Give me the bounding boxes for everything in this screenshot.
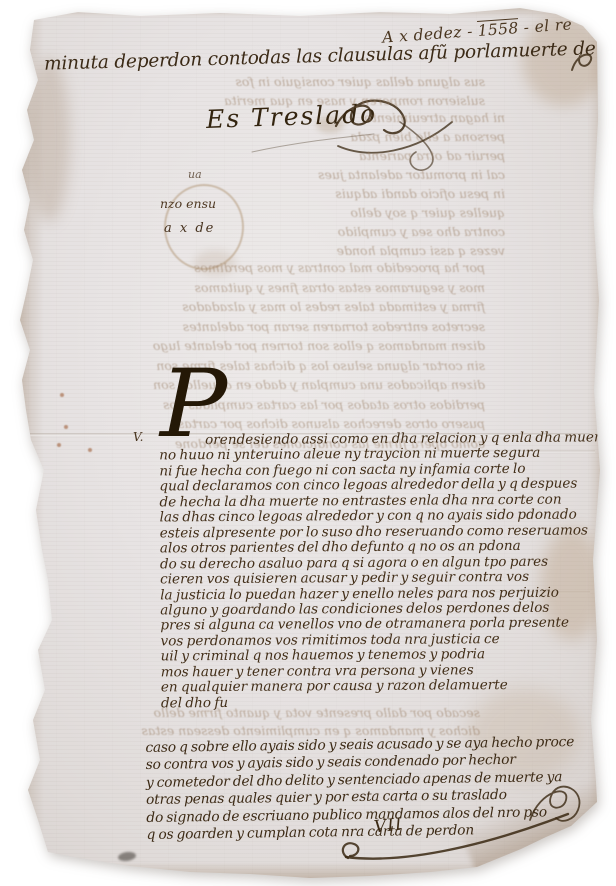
bleedthrough-line: mos y seguramos estas otras fines y quit… [150, 278, 485, 298]
bleedthrough-line: quelles quier q soy dello [330, 203, 505, 222]
signature-flourish-icon [330, 800, 580, 870]
manuscript-line: del dho fu [161, 693, 571, 711]
date-annotation-post: - el re [523, 15, 573, 36]
bleedthrough-line: sus alguna dellas quier consiguio in fos [225, 72, 485, 91]
foxing-spot [64, 425, 68, 429]
paper-shadow-wrap: A x dedez - 1558 - el re minuta deperdon… [0, 0, 616, 886]
bleedthrough-line: persona a ello bien pzda [330, 127, 505, 146]
photo-background: A x dedez - 1558 - el re minuta deperdon… [0, 0, 616, 886]
faded-text-fragment: nzo ensu [160, 196, 216, 211]
faded-text-fragment: a x de [164, 221, 215, 236]
foxing-spot [88, 448, 92, 452]
faded-text-fragment: ua [188, 168, 202, 181]
paper-edge-wear-bottom [24, 862, 602, 878]
paper-edge-wear-top [20, 6, 602, 18]
foxing-spot [60, 393, 64, 397]
paragraph-first: orendesiendo assi como en dha relacion y… [159, 431, 571, 712]
bleedthrough-line: firma y estimada tales redes lo mas y al… [150, 297, 485, 317]
bleedthrough-line: peruir ad otra parienta [330, 146, 505, 165]
foxing-spot [57, 443, 61, 447]
bleedthrough-line: ni hagan atreuimiento [330, 108, 505, 127]
bleedthrough-right-column: ni hagan atreuimientopersona a ello bien… [330, 108, 505, 260]
bleedthrough-line: contra dho sea y cumplido [330, 222, 505, 241]
bleedthrough-line: cal in promutor adelanta jues [330, 165, 505, 184]
stain-blotch [28, 58, 70, 222]
date-annotation-year: 1558 [477, 19, 519, 40]
manuscript-page: A x dedez - 1558 - el re minuta deperdon… [0, 0, 616, 886]
margin-mark: V. [133, 430, 143, 444]
bleedthrough-line: secretos entredos tornaren seran por ade… [150, 317, 485, 337]
title-flourish-icon [566, 44, 606, 78]
bleedthrough-line: por ha procedido mal contras y mos perdi… [150, 258, 485, 278]
bleedthrough-top: sus alguna dellas quier consiguio in fos… [225, 72, 485, 110]
bleedthrough-line: in pesu oficio dandi adquis [330, 184, 505, 203]
